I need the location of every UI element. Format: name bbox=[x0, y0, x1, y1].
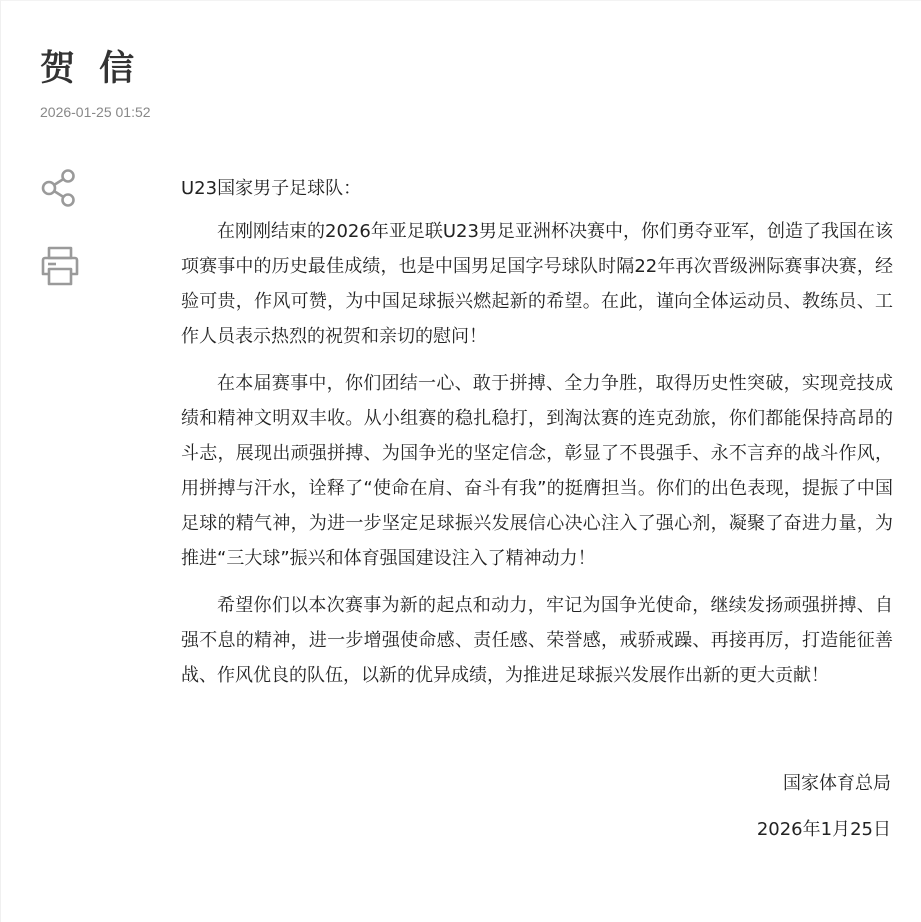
article-header: 贺 信 2026-01-25 01:52 bbox=[40, 45, 151, 121]
printer-icon bbox=[39, 245, 81, 287]
share-button[interactable] bbox=[39, 167, 81, 209]
print-button[interactable] bbox=[39, 245, 81, 287]
paragraph-2: 在本届赛事中，你们团结一心、敢于拼搏、全力争胜，取得历史性突破，实现竞技成绩和精… bbox=[181, 366, 893, 576]
signature-block: 国家体育总局 2026年1月25日 bbox=[757, 766, 891, 847]
article-tools bbox=[39, 167, 81, 287]
signature-organization: 国家体育总局 bbox=[757, 766, 891, 801]
paragraph-1: 在刚刚结束的2026年亚足联U23男足亚洲杯决赛中，你们勇夺亚军，创造了我国在该… bbox=[181, 214, 893, 354]
paragraph-3: 希望你们以本次赛事为新的起点和动力，牢记为国争光使命，继续发扬顽强拼搏、自强不息… bbox=[181, 588, 893, 693]
page-title: 贺 信 bbox=[40, 45, 151, 93]
share-icon bbox=[39, 167, 81, 209]
letter-body: U23国家男子足球队： 在刚刚结束的2026年亚足联U23男足亚洲杯决赛中，你们… bbox=[181, 171, 893, 705]
publish-date: 2026-01-25 01:52 bbox=[40, 103, 151, 121]
signature-date: 2026年1月25日 bbox=[757, 812, 891, 847]
salutation: U23国家男子足球队： bbox=[181, 171, 893, 206]
